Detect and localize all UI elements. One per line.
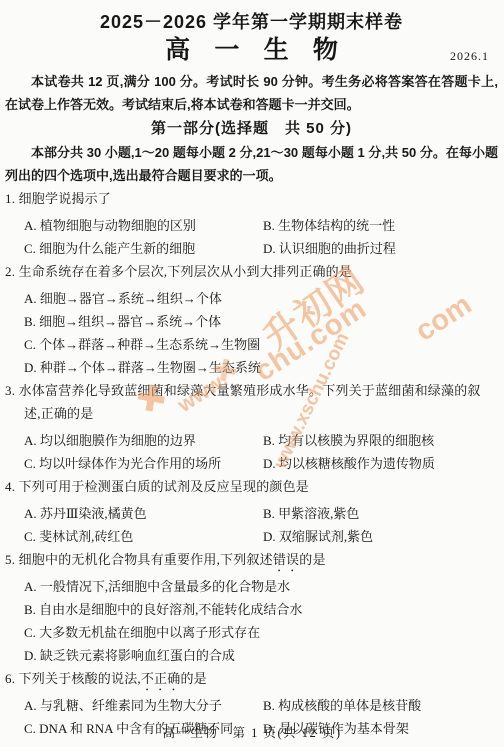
exam-date: 2026.1 bbox=[450, 49, 489, 64]
option-b: B. 构成核酸的单体是核苷酸 bbox=[263, 694, 498, 717]
option-d: D. 均以核糖核酸作为遗传物质 bbox=[263, 452, 498, 475]
question-stem: 1. 细胞学说揭示了 bbox=[5, 187, 498, 214]
options: A. 一般情况下,活细胞中含量最多的化合物是水 B. 自由水是细胞中的良好溶剂,… bbox=[5, 575, 498, 667]
question-4: 4. 下列可用于检测蛋白质的试剂及反应呈现的颜色是 A. 苏丹Ⅲ染液,橘黄色 B… bbox=[5, 475, 498, 548]
options: A. 苏丹Ⅲ染液,橘黄色 B. 甲紫溶液,紫色 C. 斐林试剂,砖红色 D. 双… bbox=[5, 502, 498, 548]
stem-emphasis: 不正确 bbox=[141, 671, 181, 686]
subject-row: 高 一 生 物 2026.1 bbox=[5, 34, 498, 67]
option-b: B. 甲紫溶液,紫色 bbox=[263, 502, 498, 525]
option-a: A. 植物细胞与动物细胞的区别 bbox=[24, 214, 263, 237]
stem-text: 的是 bbox=[299, 552, 325, 567]
stem-text: 的是 bbox=[180, 671, 206, 686]
exam-notice: 本试卷共 12 页,满分 100 分。考试时长 90 分钟。考生务必将答案答在答… bbox=[5, 70, 498, 116]
option-b: B. 自由水是细胞中的良好溶剂,不能转化成结合水 bbox=[24, 598, 498, 621]
section-heading: 第一部分(选择题 共 50 分) bbox=[5, 117, 498, 141]
option-c: C. 斐林试剂,砖红色 bbox=[24, 525, 263, 548]
stem-text: 4. 下列可用于检测蛋白质的试剂及反应呈现的颜色是 bbox=[5, 479, 309, 494]
option-c: C. 均以叶绿体作为光合作用的场所 bbox=[24, 452, 263, 475]
stem-text: 1. 细胞学说揭示了 bbox=[5, 191, 111, 206]
question-3: 3. 水体富营养化导致蓝细菌和绿藻大量繁殖形成水华。下列关于蓝细菌和绿藻的叙述,… bbox=[5, 379, 498, 475]
option-a: A. 均以细胞膜作为细胞的边界 bbox=[24, 429, 263, 452]
footer-page-info: 高一生物 第 1 页(共 12 页) bbox=[0, 723, 504, 741]
option-c: C. 大多数无机盐在细胞中以离子形式存在 bbox=[24, 621, 498, 644]
question-stem: 6. 下列关于核酸的说法,不正确的是 bbox=[5, 667, 498, 694]
option-d: D. 双缩脲试剂,紫色 bbox=[263, 525, 498, 548]
question-2: 2. 生命系统存在着多个层次,下列层次从小到大排列正确的是 A. 细胞→器官→系… bbox=[5, 260, 498, 379]
option-d: D. 缺乏铁元素将影响血红蛋白的合成 bbox=[24, 644, 498, 667]
exam-page: 2025－2026 学年第一学期期末样卷 高 一 生 物 2026.1 本试卷共… bbox=[0, 0, 504, 740]
option-a: A. 一般情况下,活细胞中含量最多的化合物是水 bbox=[24, 575, 498, 598]
option-a: A. 苏丹Ⅲ染液,橘黄色 bbox=[24, 502, 263, 525]
option-d: D. 种群→个体→群落→生物圈→生态系统 bbox=[24, 356, 498, 379]
question-stem: 2. 生命系统存在着多个层次,下列层次从小到大排列正确的是 bbox=[5, 260, 498, 287]
option-a: A. 与乳糖、纤维素同为生物大分子 bbox=[24, 694, 263, 717]
option-c: C. 细胞为什么能产生新的细胞 bbox=[24, 237, 263, 260]
question-5: 5. 细胞中的无机化合物具有重要作用,下列叙述错误的是 A. 一般情况下,活细胞… bbox=[5, 548, 498, 667]
option-a: A. 细胞→器官→系统→组织→个体 bbox=[24, 287, 498, 310]
option-b: B. 生物体结构的统一性 bbox=[263, 214, 498, 237]
question-stem: 5. 细胞中的无机化合物具有重要作用,下列叙述错误的是 bbox=[5, 548, 498, 575]
option-c: C. 个体→群落→种群→生态系统→生物圈 bbox=[24, 333, 498, 356]
option-d: D. 认识细胞的曲折过程 bbox=[263, 237, 498, 260]
options: A. 均以细胞膜作为细胞的边界 B. 均有以核膜为界限的细胞核 C. 均以叶绿体… bbox=[5, 429, 498, 475]
option-b: B. 细胞→组织→器官→系统→个体 bbox=[24, 310, 498, 333]
section-instruction: 本部分共 30 小题,1～20 题每小题 2 分,21～30 题每小题 1 分,… bbox=[5, 141, 498, 187]
option-b: B. 均有以核膜为界限的细胞核 bbox=[263, 429, 498, 452]
question-stem: 4. 下列可用于检测蛋白质的试剂及反应呈现的颜色是 bbox=[5, 475, 498, 502]
stem-text: 2. 生命系统存在着多个层次,下列层次从小到大排列正确的是 bbox=[5, 264, 352, 279]
stem-emphasis: 错误 bbox=[273, 552, 299, 567]
question-1: 1. 细胞学说揭示了 A. 植物细胞与动物细胞的区别 B. 生物体结构的统一性 … bbox=[5, 187, 498, 260]
options: A. 植物细胞与动物细胞的区别 B. 生物体结构的统一性 C. 细胞为什么能产生… bbox=[5, 214, 498, 260]
question-stem: 3. 水体富营养化导致蓝细菌和绿藻大量繁殖形成水华。下列关于蓝细菌和绿藻的叙述,… bbox=[5, 379, 490, 429]
options: A. 细胞→器官→系统→组织→个体 B. 细胞→组织→器官→系统→个体 C. 个… bbox=[5, 287, 498, 379]
stem-text: 6. 下列关于核酸的说法, bbox=[5, 671, 141, 686]
stem-text: 5. 细胞中的无机化合物具有重要作用,下列叙述 bbox=[5, 552, 273, 567]
exam-title: 2025－2026 学年第一学期期末样卷 bbox=[5, 10, 498, 34]
stem-text: 3. 水体富营养化导致蓝细菌和绿藻大量繁殖形成水华。下列关于蓝细菌和绿藻的叙述,… bbox=[5, 383, 481, 421]
subject-title: 高 一 生 物 bbox=[5, 34, 498, 67]
